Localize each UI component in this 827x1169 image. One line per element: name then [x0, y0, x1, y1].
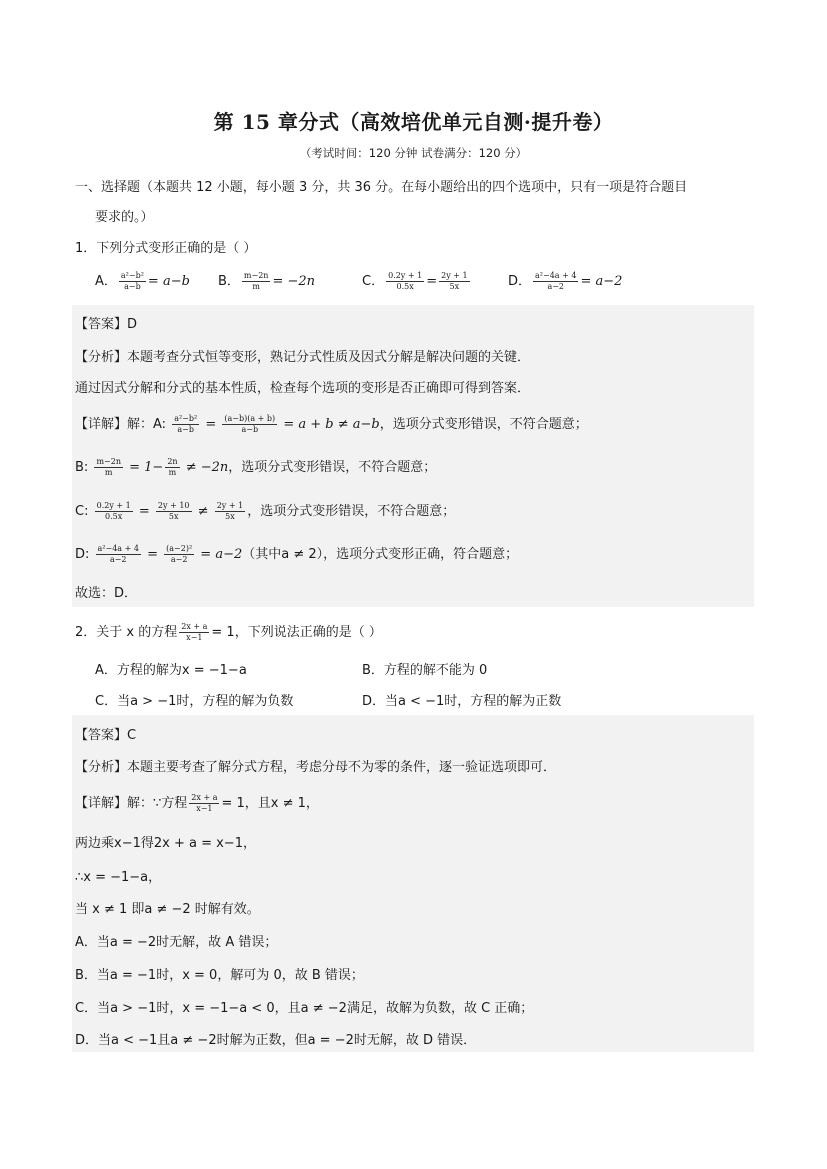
- question-1-analysis: 【分析】本题考查分式恒等变形，熟记分式性质及因式分解是解决问题的关键．: [75, 346, 530, 365]
- question-1-detail-c: C: 0.2y + 10.5x = 2y + 105x ≠ 2y + 15x，选…: [75, 500, 455, 522]
- question-2-option-a: A．方程的解为x = −1−a: [95, 659, 247, 678]
- document-title: 第 15 章分式（高效培优单元自测·提升卷）: [0, 106, 827, 135]
- option-label: C．: [362, 274, 384, 289]
- question-1-analysis-cont: 通过因式分解和分式的基本性质，检查每个选项的变形是否正确即可得到答案．: [75, 377, 530, 396]
- question-2-detail: 【详解】解：∵方程2x + ax−1= 1，且x ≠ 1，: [75, 792, 319, 814]
- option-label: A．: [95, 274, 117, 289]
- answer-label: 【答案】: [75, 728, 127, 743]
- fraction: m−2nm: [242, 271, 271, 292]
- analysis-label: 【分析】: [75, 350, 127, 365]
- answer-value: D: [127, 317, 137, 332]
- question-1-option-b: B．m−2nm= −2n: [218, 270, 315, 292]
- question-2-step-7: D．当a < −1且a ≠ −2时解为正数，但a = −2时无解，故 D 错误．: [75, 1029, 476, 1048]
- question-2-option-b: B．方程的解不能为 0: [362, 659, 487, 678]
- option-label: B．: [218, 274, 240, 289]
- question-2-step-4: A．当a = −2时无解，故 A 错误；: [75, 931, 277, 950]
- question-2-option-c: C．当a > −1时，方程的解为负数: [95, 690, 293, 709]
- analysis-label: 【分析】: [75, 760, 127, 775]
- question-1-detail-b: B: m−2nm = 1−2nm ≠ −2n，选项分式变形错误，不符合题意；: [75, 456, 436, 478]
- fraction: 2y + 15x: [439, 271, 470, 292]
- fraction: 0.2y + 10.5x: [386, 271, 424, 292]
- fraction: a²−b²a−b: [119, 271, 146, 292]
- question-1-option-c: C．0.2y + 10.5x=2y + 15x: [362, 270, 472, 292]
- question-2-step-6: C．当a > −1时，x = −1−a < 0，且a ≠ −2满足，故解为负数，…: [75, 997, 533, 1016]
- question-2-option-d: D．当a < −1时，方程的解为正数: [362, 690, 561, 709]
- option-label: D．: [508, 274, 531, 289]
- answer-value: C: [127, 728, 136, 743]
- fraction: a²−4a + 4a−2: [533, 271, 578, 292]
- question-2-step-1: 两边乘x−1得2x + a = x−1，: [75, 832, 256, 851]
- question-1-option-a: A．a²−b²a−b= a−b: [95, 270, 190, 292]
- question-1-option-d: D．a²−4a + 4a−2= a−2: [508, 270, 622, 292]
- answer-label: 【答案】: [75, 317, 127, 332]
- detail-label: 【详解】: [75, 796, 127, 811]
- question-1-answer: 【答案】D: [75, 313, 137, 332]
- question-2-analysis: 【分析】本题主要考查了解分式方程，考虑分母不为零的条件，逐一验证选项即可．: [75, 756, 556, 775]
- section-heading-cont: 要求的。）: [95, 206, 154, 225]
- question-1-conclusion: 故选：D．: [75, 582, 137, 601]
- question-2-step-5: B．当a = −1时，x = 0，解可为 0，故 B 错误；: [75, 964, 364, 983]
- question-1-detail-d: D: a²−4a + 4a−2 = (a−2)²a−2 = a−2（其中a ≠ …: [75, 543, 518, 565]
- question-2-step-2: ∴x = −1−a，: [75, 866, 161, 885]
- exam-info: （考试时间：120 分钟 试卷满分：120 分）: [0, 145, 827, 161]
- question-2-step-3: 当 x ≠ 1 即a ≠ −2 时解有效。: [75, 898, 260, 917]
- section-heading: 一、选择题（本题共 12 小题，每小题 3 分，共 36 分。在每小题给出的四个…: [75, 176, 687, 195]
- question-1-detail-a: 【详解】解：A: a²−b²a−b = (a−b)(a + b)a−b = a …: [75, 413, 588, 435]
- question-1-stem: 1．下列分式变形正确的是（ ）: [75, 237, 256, 256]
- question-2-stem: 2．关于 x 的方程2x + ax−1= 1，下列说法正确的是（ ）: [75, 621, 382, 643]
- question-2-answer: 【答案】C: [75, 724, 136, 743]
- detail-label: 【详解】: [75, 417, 127, 432]
